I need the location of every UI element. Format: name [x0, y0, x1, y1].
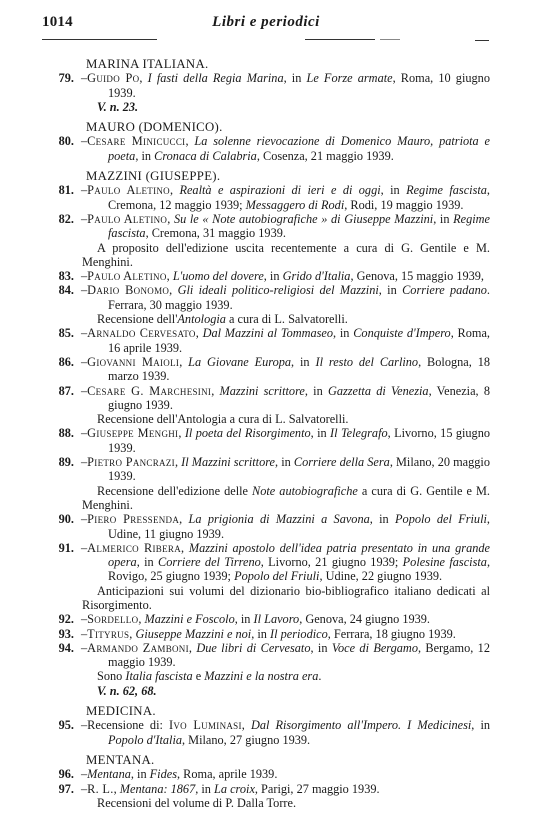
entry-journal: Cronaca di Calabria [154, 149, 257, 163]
entry-number: 96. [52, 767, 74, 781]
entry-journal: Le Forze armate [307, 71, 393, 85]
entry-author: Guido Po [87, 71, 139, 85]
entry-number: 79. [52, 71, 74, 85]
entry-connector: , in [275, 455, 294, 469]
note-italic: Italia fascista [125, 669, 192, 683]
entry-number: 88. [52, 426, 74, 440]
entry-author: Paulo Aletino [87, 183, 170, 197]
bibliography-entry: 95.– Recensione di: Ivo Luminasi, Dal Ri… [0, 718, 490, 747]
entry-title: Mazzini scrittore [219, 384, 304, 398]
entry-connector: , in [433, 212, 453, 226]
entry-journal: Voce di Bergamo [332, 641, 418, 655]
entry-journal: Grido d'Italia [283, 269, 351, 283]
entry-author: Dario Bonomo [87, 283, 169, 297]
note-text: Anticipazioni sui volumi del dizionario … [82, 584, 490, 612]
entry-number: 82. [52, 212, 74, 226]
bibliography-list: MARINA ITALIANA.79.– Guido Po, I fasti d… [0, 57, 550, 810]
note-italic: Mazzini e la nostra era [204, 669, 318, 683]
entry-note: Recensioni del volume di P. Dalla Torre. [0, 796, 490, 810]
section-heading: MAZZINI (GIUSEPPE). [86, 169, 550, 183]
entry-author: Giovanni Maioli [87, 355, 179, 369]
entry-journal: Gazzetta di Venezia [328, 384, 429, 398]
entry-note: Anticipazioni sui volumi del dizionario … [0, 584, 490, 613]
running-title: Libri e periodici [42, 14, 490, 31]
entry-author: Arnaldo Cervesato [87, 326, 196, 340]
entry-connector: , in [135, 149, 154, 163]
bibliography-entry: 85.– Arnaldo Cervesato, Dal Mazzini al T… [0, 326, 490, 355]
entry-author: Pietro Pancrazi [87, 455, 175, 469]
entry-number: 95. [52, 718, 74, 732]
entry-note: Sono Italia fascista e Mazzini e la nost… [0, 669, 490, 683]
entry-journal: Il periodico [270, 627, 328, 641]
entry-journal: Corriere del Tirreno [158, 555, 261, 569]
entry-number: 83. [52, 269, 74, 283]
entry-connector: , in [195, 782, 214, 796]
entry-number: 92. [52, 612, 74, 626]
entry-note: A proposito dell'edizione uscita recente… [0, 241, 490, 270]
bibliography-entry: 91.– Almerico Ribera, Mazzini apostolo d… [0, 541, 490, 584]
note-text: e [193, 669, 205, 683]
entry-author: Cesare G. Marchesini [87, 384, 211, 398]
entry-journal: Il Lavoro [254, 612, 300, 626]
entry-journal: Messaggero di Rodi [246, 198, 345, 212]
entry-connector: , in [381, 183, 406, 197]
entry-author: Sordello [87, 612, 138, 626]
bibliography-entry: 94.– Armando Zamboni, Due libri di Cerve… [0, 641, 490, 670]
note-text: . [318, 669, 321, 683]
entry-journal: Popolo del Friuli [234, 569, 319, 583]
entry-connector: , in [311, 641, 332, 655]
entry-title: La Giovane Europa [188, 355, 291, 369]
entry-title: I fasti della Regia Marina [148, 71, 284, 85]
bibliography-entry: 83.– Paulo Aletino, L'uomo del dovere, i… [0, 269, 490, 283]
note-italic: Note autobiografiche [252, 484, 358, 498]
entry-author: Piero Pressenda [87, 512, 179, 526]
header-rule [42, 39, 157, 40]
entry-title: Dal Risorgimento all'Impero. I Medicines… [251, 718, 471, 732]
entry-title: La prigionia di Mazzini a Savona [189, 512, 370, 526]
entry-journal: Il Telegrafo [330, 426, 388, 440]
document-page: 1014 Libri e periodici MARINA ITALIANA.7… [0, 0, 550, 829]
entry-journal: Il resto del Carlino [315, 355, 418, 369]
entry-publication: , Livorno, 21 giugno 1939; [261, 555, 403, 569]
bibliography-entry: 87.– Cesare G. Marchesini, Mazzini scrit… [0, 384, 490, 413]
entry-title: Su le « Note autobiografiche » di Giusep… [174, 212, 433, 226]
entry-journal: La croix [214, 782, 255, 796]
entry-author: Armando Zamboni [87, 641, 189, 655]
entry-journal: Corriere padano [402, 283, 487, 297]
entry-title: Mentana [87, 767, 131, 781]
note-text: Recensioni del volume di P. Dalla Torre. [97, 796, 296, 810]
entry-journal: Corriere della Sera [294, 455, 390, 469]
entry-connector: , in [251, 627, 270, 641]
entry-journal: Popolo d'Italia [108, 733, 182, 747]
entry-title: Realtà e aspirazioni di ieri e di oggi [179, 183, 380, 197]
entry-number: 93. [52, 627, 74, 641]
entry-title: Il Mazzini scrittore [181, 455, 275, 469]
entry-author: Paulo Aletino [87, 212, 167, 226]
entry-connector: , in [264, 269, 283, 283]
entry-title: Dal Mazzini al Tommaseo [203, 326, 333, 340]
section-heading: MAURO (DOMENICO). [86, 120, 550, 134]
entry-number: 86. [52, 355, 74, 369]
entry-connector: , in [311, 426, 330, 440]
note-italic: Antologia [177, 312, 226, 326]
entry-publication: , Cremona, 31 maggio 1939. [146, 226, 286, 240]
entry-publication: , Udine, 22 giugno 1939. [319, 569, 442, 583]
entry-number: 87. [52, 384, 74, 398]
entry-number: 91. [52, 541, 74, 555]
entry-title: Gli ideali politico-religiosi del Mazzin… [178, 283, 379, 297]
bibliography-entry: 96.– Mentana, in Fides, Roma, aprile 193… [0, 767, 490, 781]
entry-number: 90. [52, 512, 74, 526]
bibliography-entry: 80.– Cesare Minicucci, La solenne rievoc… [0, 134, 490, 163]
bibliography-entry: 90.– Piero Pressenda, La prigionia di Ma… [0, 512, 490, 541]
entry-number: 89. [52, 455, 74, 469]
entry-publication: , Genova, 24 giugno 1939. [299, 612, 430, 626]
entry-connector: , in [284, 71, 307, 85]
note-text: Recensione dell'Antologia a cura di L. S… [97, 412, 349, 426]
entry-publication: , Ferrara, 18 giugno 1939. [328, 627, 456, 641]
entry-author: Giuseppe Menghi [87, 426, 178, 440]
entry-connector: , in [235, 612, 254, 626]
cross-reference: V. n. 62, 68. [0, 684, 550, 698]
entry-number: 81. [52, 183, 74, 197]
entry-author: R. L. [87, 782, 113, 796]
entry-title: Giuseppe Mazzini e noi [135, 627, 251, 641]
cross-reference: V. n. 23. [0, 100, 550, 114]
entry-journal: Fides [150, 767, 177, 781]
note-text: a cura di L. Salvatorelli. [226, 312, 348, 326]
entry-title: Mazzini e Foscolo [145, 612, 235, 626]
header-rule [305, 39, 375, 40]
entry-author: Cesare Minicucci [87, 134, 185, 148]
entry-number: 94. [52, 641, 74, 655]
header-rule [380, 39, 400, 40]
note-text: A proposito dell'edizione uscita recente… [82, 241, 490, 269]
bibliography-entry: 86.– Giovanni Maioli, La Giovane Europa,… [0, 355, 490, 384]
entry-connector: , in [291, 355, 315, 369]
entry-connector: , in [471, 718, 490, 732]
entry-connector: , in [379, 283, 402, 297]
entry-note: Recensione dell'Antologia a cura di L. S… [0, 312, 490, 326]
entry-journal: Conquiste d'Impero [353, 326, 450, 340]
entry-prefix: Recensione di: [87, 718, 169, 732]
header-rule [475, 40, 489, 41]
entry-journal: Polesine fascista [403, 555, 487, 569]
bibliography-entry: 81.– Paulo Aletino, Realtà e aspirazioni… [0, 183, 490, 212]
note-text: Sono [97, 669, 125, 683]
entry-title: Mentana: 1867 [120, 782, 195, 796]
entry-author: Paulo Aletino [87, 269, 167, 283]
page-header: 1014 Libri e periodici [42, 14, 490, 34]
entry-number: 80. [52, 134, 74, 148]
entry-publication: , Milano, 27 giugno 1939. [182, 733, 310, 747]
entry-publication: , Rodi, 19 maggio 1939. [344, 198, 463, 212]
entry-connector: , in [137, 555, 158, 569]
entry-number: 97. [52, 782, 74, 796]
bibliography-entry: 82.– Paulo Aletino, Su le « Note autobio… [0, 212, 490, 241]
entry-title: Il poeta del Risorgimento [185, 426, 311, 440]
entry-journal: Regime fascista [406, 183, 487, 197]
bibliography-entry: 79.– Guido Po, I fasti della Regia Marin… [0, 71, 490, 100]
bibliography-entry: 84.– Dario Bonomo, Gli ideali politico-r… [0, 283, 490, 312]
entry-publication: , Parigi, 27 maggio 1939. [255, 782, 380, 796]
entry-number: 84. [52, 283, 74, 297]
entry-title: L'uomo del dovere [173, 269, 264, 283]
bibliography-entry: 92.– Sordello, Mazzini e Foscolo, in Il … [0, 612, 490, 626]
entry-publication: , Roma, aprile 1939. [177, 767, 277, 781]
entry-author: Almerico Ribera [87, 541, 181, 555]
bibliography-entry: 97.– R. L., Mentana: 1867, in La croix, … [0, 782, 490, 796]
section-heading: MENTANA. [86, 753, 550, 767]
section-heading: MARINA ITALIANA. [86, 57, 550, 71]
entry-author: Tityrus [87, 627, 129, 641]
entry-number: 85. [52, 326, 74, 340]
entry-note: Recensione dell'edizione delle Note auto… [0, 484, 490, 513]
entry-note: Recensione dell'Antologia a cura di L. S… [0, 412, 490, 426]
entry-publication: , Cosenza, 21 maggio 1939. [257, 149, 394, 163]
entry-publication: , Genova, 15 maggio 1939, [350, 269, 484, 283]
entry-journal: Popolo del Friuli [395, 512, 487, 526]
bibliography-entry: 89.– Pietro Pancrazi, Il Mazzini scritto… [0, 455, 490, 484]
entry-connector: , in [305, 384, 328, 398]
entry-connector: , in [333, 326, 353, 340]
note-text: Recensione dell'edizione delle [97, 484, 252, 498]
bibliography-entry: 88.– Giuseppe Menghi, Il poeta del Risor… [0, 426, 490, 455]
entry-connector: , in [131, 767, 150, 781]
entry-title: Due libri di Cervesato [196, 641, 310, 655]
note-text: Recensione dell' [97, 312, 177, 326]
bibliography-entry: 93.– Tityrus, Giuseppe Mazzini e noi, in… [0, 627, 490, 641]
entry-connector: , in [370, 512, 395, 526]
section-heading: MEDICINA. [86, 704, 550, 718]
entry-author: Ivo Luminasi [169, 718, 242, 732]
